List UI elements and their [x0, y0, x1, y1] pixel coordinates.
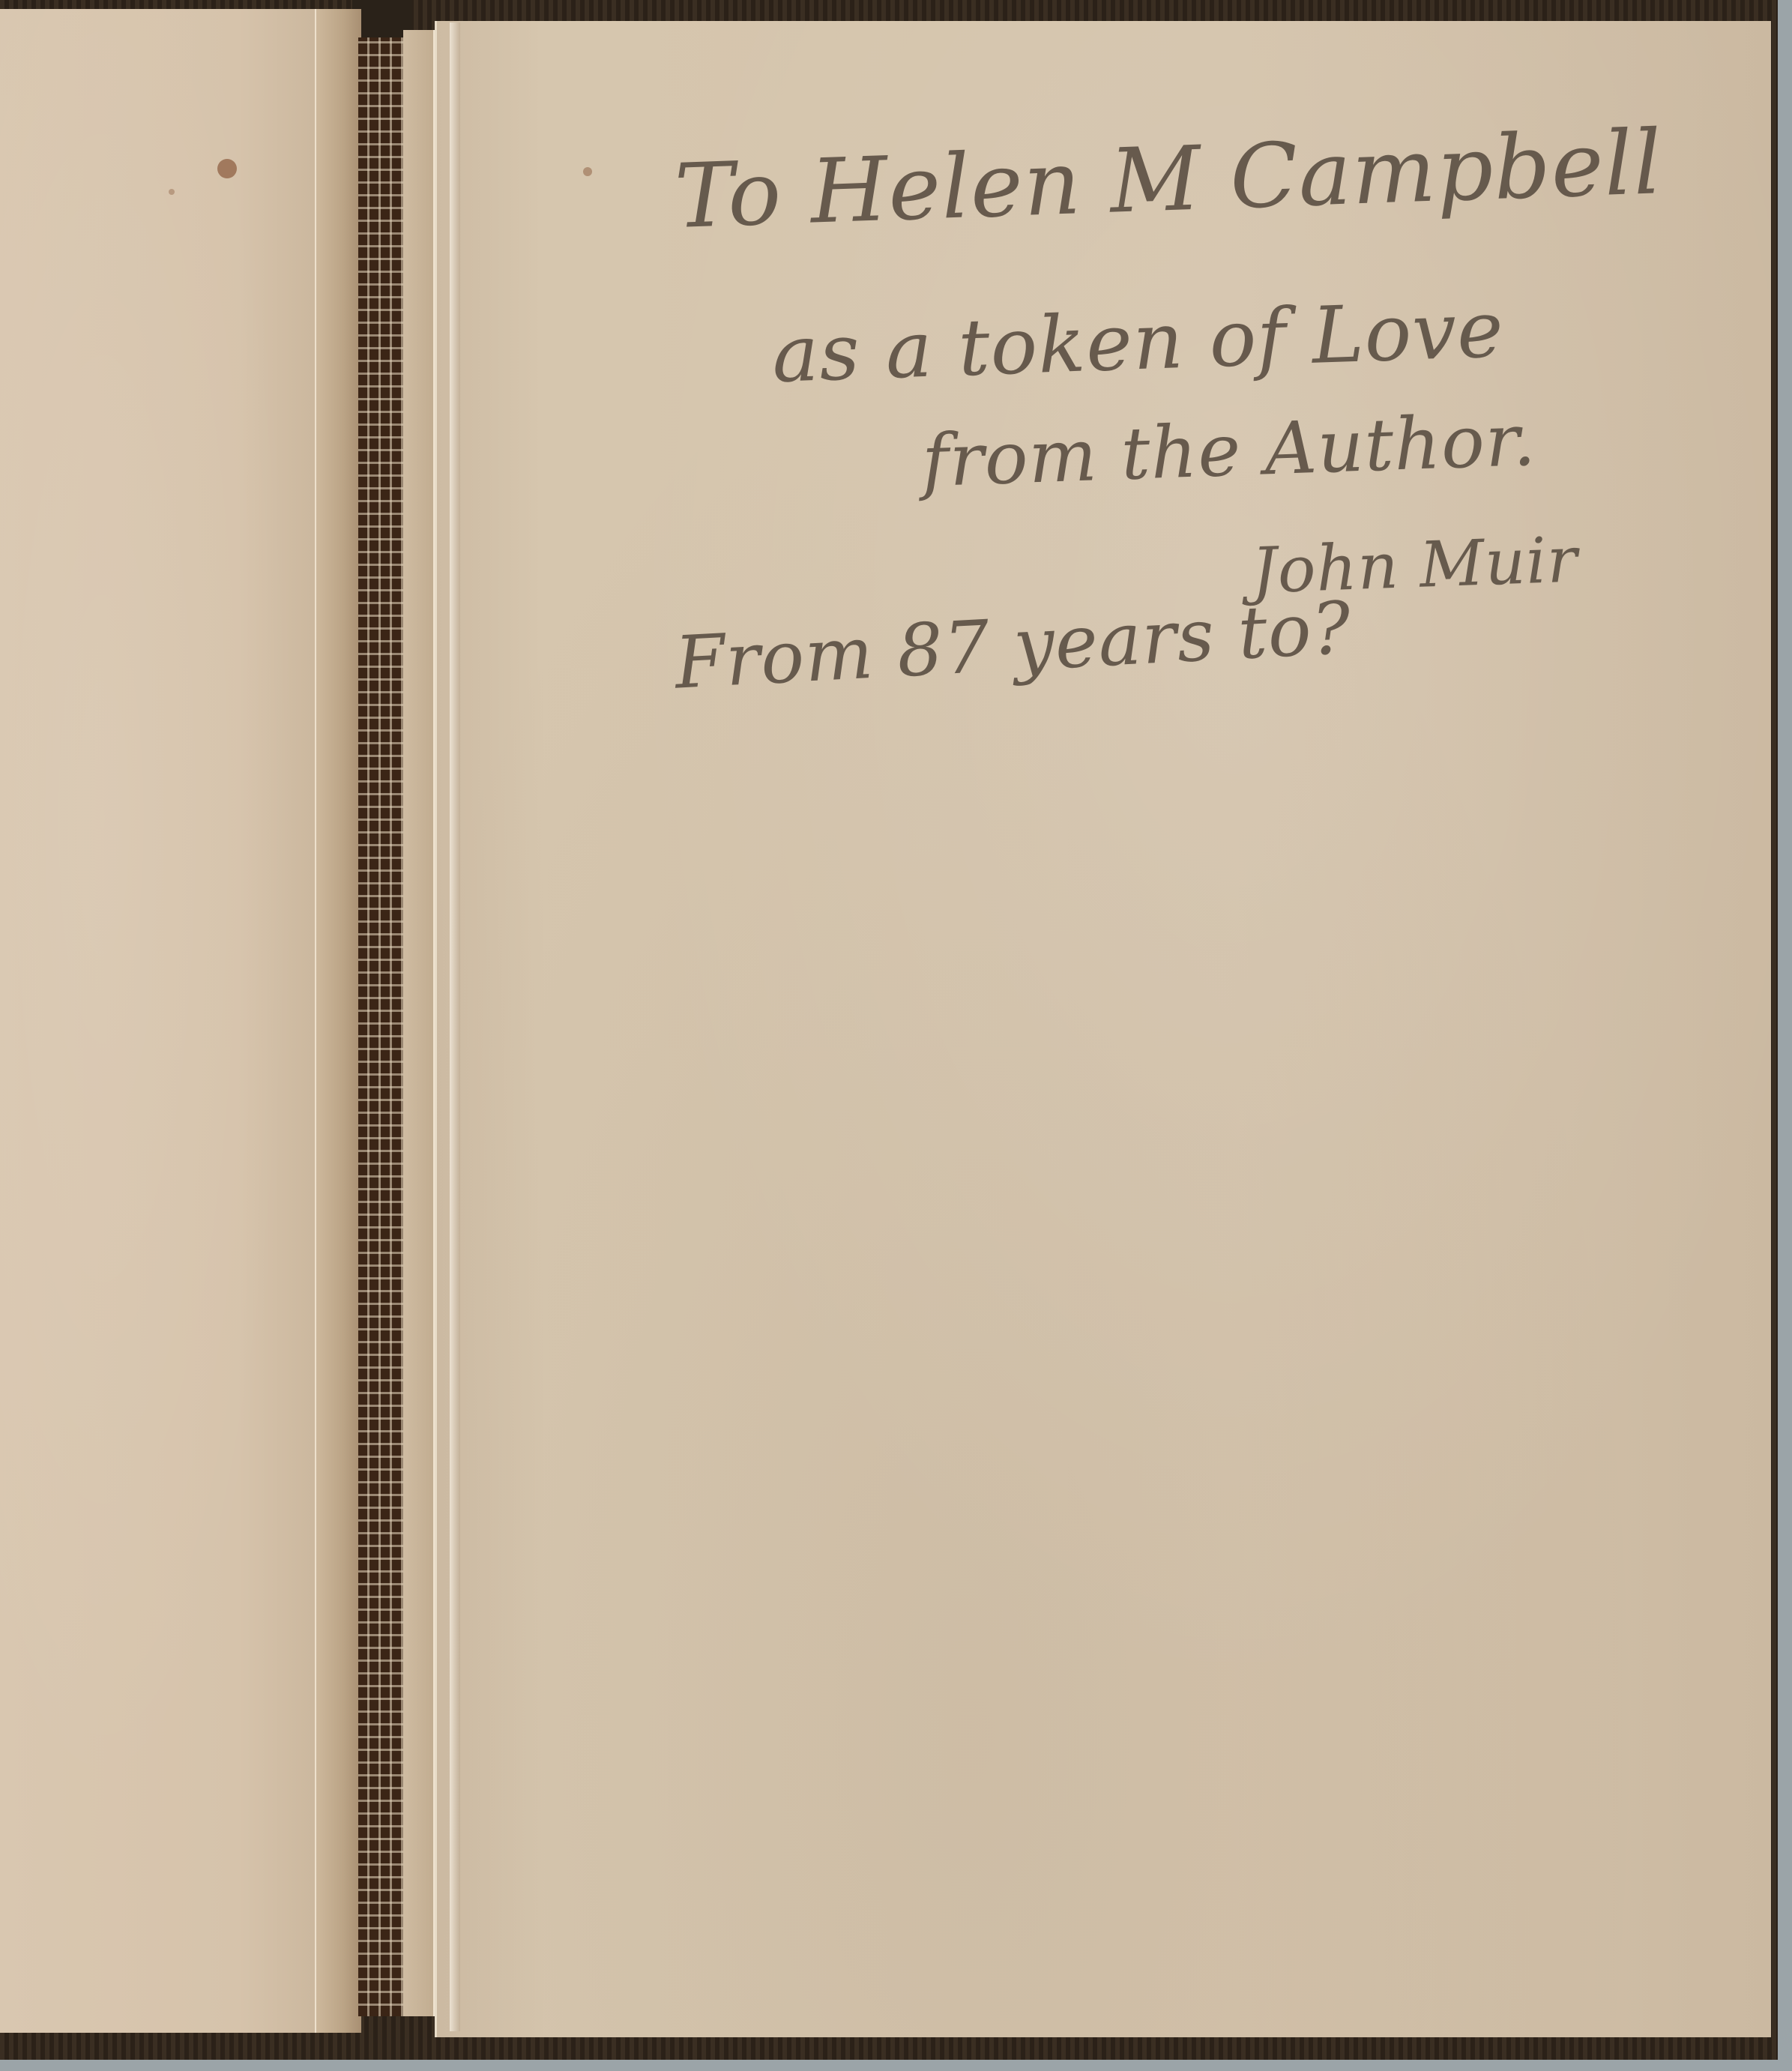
left-page-edge [315, 9, 361, 2033]
page-stub [403, 30, 435, 2016]
left-endpaper [0, 9, 341, 2033]
spine-mesh [358, 37, 403, 2016]
foxing-spot [583, 167, 592, 176]
foxing-spot [169, 189, 175, 195]
page-fold [450, 22, 460, 2031]
foxing-spot [217, 159, 237, 178]
